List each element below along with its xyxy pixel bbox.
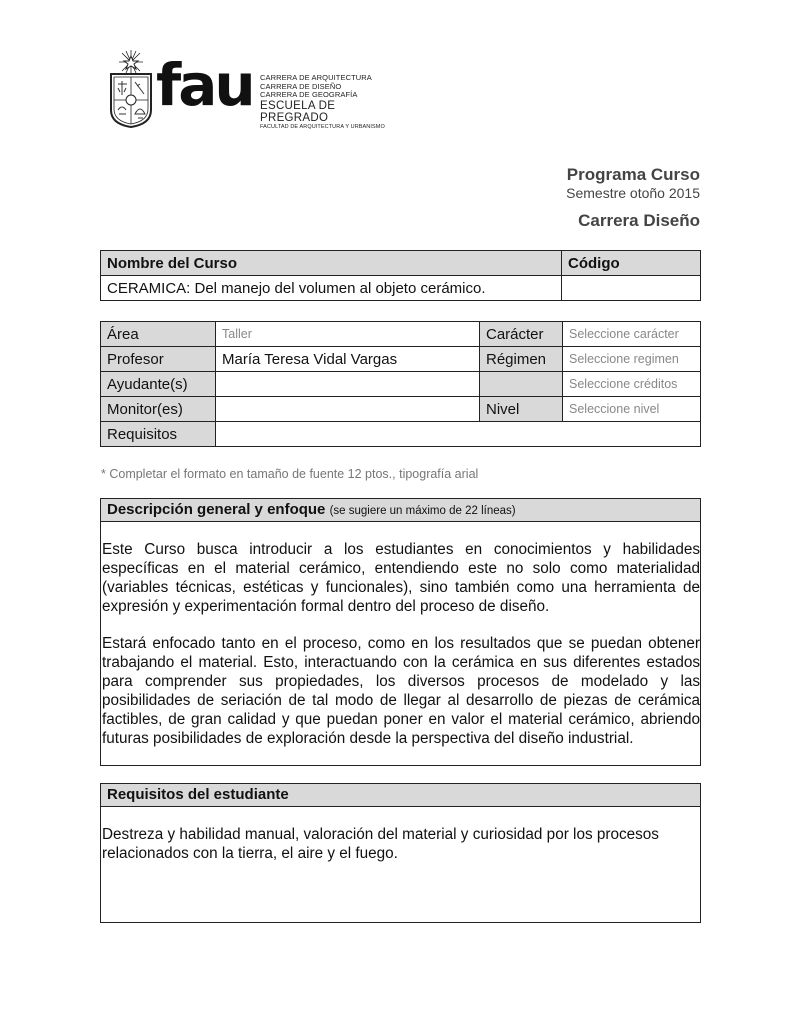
regime-label: Régimen bbox=[480, 347, 563, 372]
professor-label: Profesor bbox=[101, 347, 216, 372]
description-body[interactable]: Este Curso busca introducir a los estudi… bbox=[101, 522, 700, 748]
course-name-header: Nombre del Curso bbox=[101, 251, 562, 276]
format-note: * Completar el formato en tamaño de fuen… bbox=[101, 467, 478, 481]
requirements-header: Requisitos del estudiante bbox=[101, 784, 700, 807]
requirements-text: Destreza y habilidad manual, valoración … bbox=[102, 825, 700, 863]
professor-field[interactable]: María Teresa Vidal Vargas bbox=[216, 347, 480, 372]
description-section: Descripción general y enfoque (se sugier… bbox=[100, 498, 701, 766]
course-name-table: Nombre del Curso Código CERAMICA: Del ma… bbox=[100, 250, 701, 301]
fau-logo: fau CARRERA DE ARQUITECTURA CARRERA DE D… bbox=[108, 48, 398, 130]
assistants-label: Ayudante(s) bbox=[101, 372, 216, 397]
prerequisites-label: Requisitos bbox=[101, 422, 216, 447]
logo-line-geography: CARRERA DE GEOGRAFÍA bbox=[260, 91, 398, 100]
logo-faculty: FACULTAD DE ARQUITECTURA Y URBANISMO bbox=[260, 124, 398, 131]
credits-label bbox=[480, 372, 563, 397]
course-code-header: Código bbox=[562, 251, 701, 276]
level-select[interactable]: Seleccione nivel bbox=[563, 397, 701, 422]
description-paragraph: Este Curso busca introducir a los estudi… bbox=[102, 540, 700, 616]
area-field[interactable]: Taller bbox=[216, 322, 480, 347]
requirements-body[interactable]: Destreza y habilidad manual, valoración … bbox=[101, 807, 700, 863]
description-hint: (se sugiere un máximo de 22 líneas) bbox=[330, 505, 516, 517]
university-crest-icon bbox=[108, 48, 154, 128]
course-info-table: Área Taller Carácter Seleccione carácter… bbox=[100, 321, 701, 447]
description-header: Descripción general y enfoque (se sugier… bbox=[101, 499, 700, 522]
description-paragraph: Estará enfocado tanto en el proceso, com… bbox=[102, 634, 700, 748]
assistants-field[interactable] bbox=[216, 372, 480, 397]
student-requirements-section: Requisitos del estudiante Destreza y hab… bbox=[100, 783, 701, 923]
credits-select[interactable]: Seleccione créditos bbox=[563, 372, 701, 397]
monitors-field[interactable] bbox=[216, 397, 480, 422]
fau-wordmark: fau bbox=[156, 50, 253, 120]
level-label: Nivel bbox=[480, 397, 563, 422]
character-select[interactable]: Seleccione carácter bbox=[563, 322, 701, 347]
logo-school: ESCUELA DE PREGRADO bbox=[260, 100, 398, 124]
description-title: Descripción general y enfoque bbox=[107, 501, 325, 518]
logo-text: CARRERA DE ARQUITECTURA CARRERA DE DISEÑ… bbox=[260, 74, 398, 131]
monitors-label: Monitor(es) bbox=[101, 397, 216, 422]
semester-label: Semestre otoño 2015 bbox=[566, 185, 700, 201]
course-name-field[interactable]: CERAMICA: Del manejo del volumen al obje… bbox=[101, 276, 562, 301]
regime-select[interactable]: Seleccione regimen bbox=[563, 347, 701, 372]
prerequisites-field[interactable] bbox=[216, 422, 701, 447]
career-label: Carrera Diseño bbox=[578, 211, 700, 231]
document-title: Programa Curso bbox=[567, 165, 700, 185]
area-label: Área bbox=[101, 322, 216, 347]
character-label: Carácter bbox=[480, 322, 563, 347]
course-code-field[interactable] bbox=[562, 276, 701, 301]
